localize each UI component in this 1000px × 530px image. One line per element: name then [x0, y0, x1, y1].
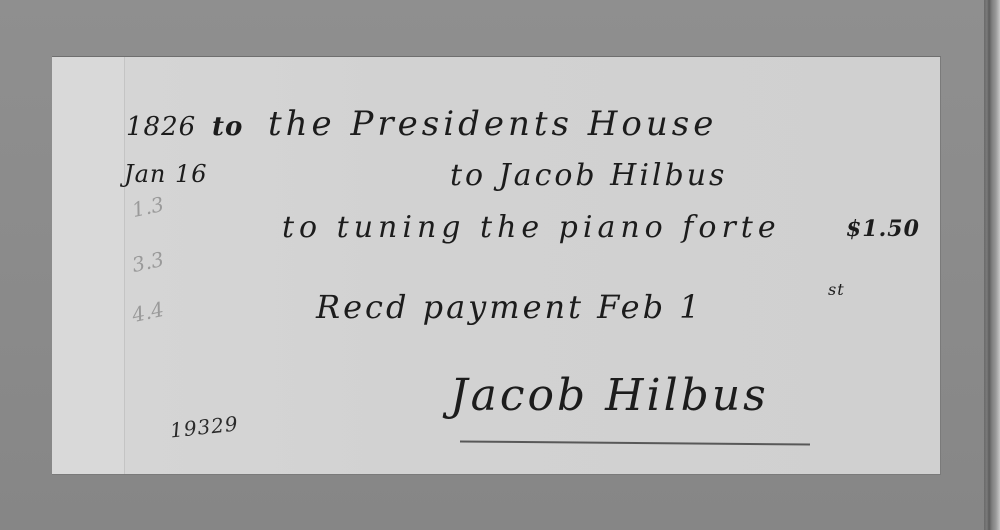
receipt-line: Recd payment Feb 1	[316, 288, 703, 326]
vendor-line: to Jacob Hilbus	[450, 158, 727, 193]
receipt-date-superscript: st	[828, 280, 845, 299]
amount: $1.50	[846, 216, 920, 242]
date-year: 1826	[126, 112, 196, 142]
to-word: to	[212, 112, 243, 142]
date-month-day: Jan 16	[124, 160, 208, 188]
service-description: to tuning the piano forte	[282, 210, 781, 245]
scan-edge-strip	[984, 0, 1000, 530]
signature: Jacob Hilbus	[450, 370, 769, 421]
paper-left-margin	[52, 57, 125, 474]
recipient-title: the Presidents House	[268, 104, 717, 144]
